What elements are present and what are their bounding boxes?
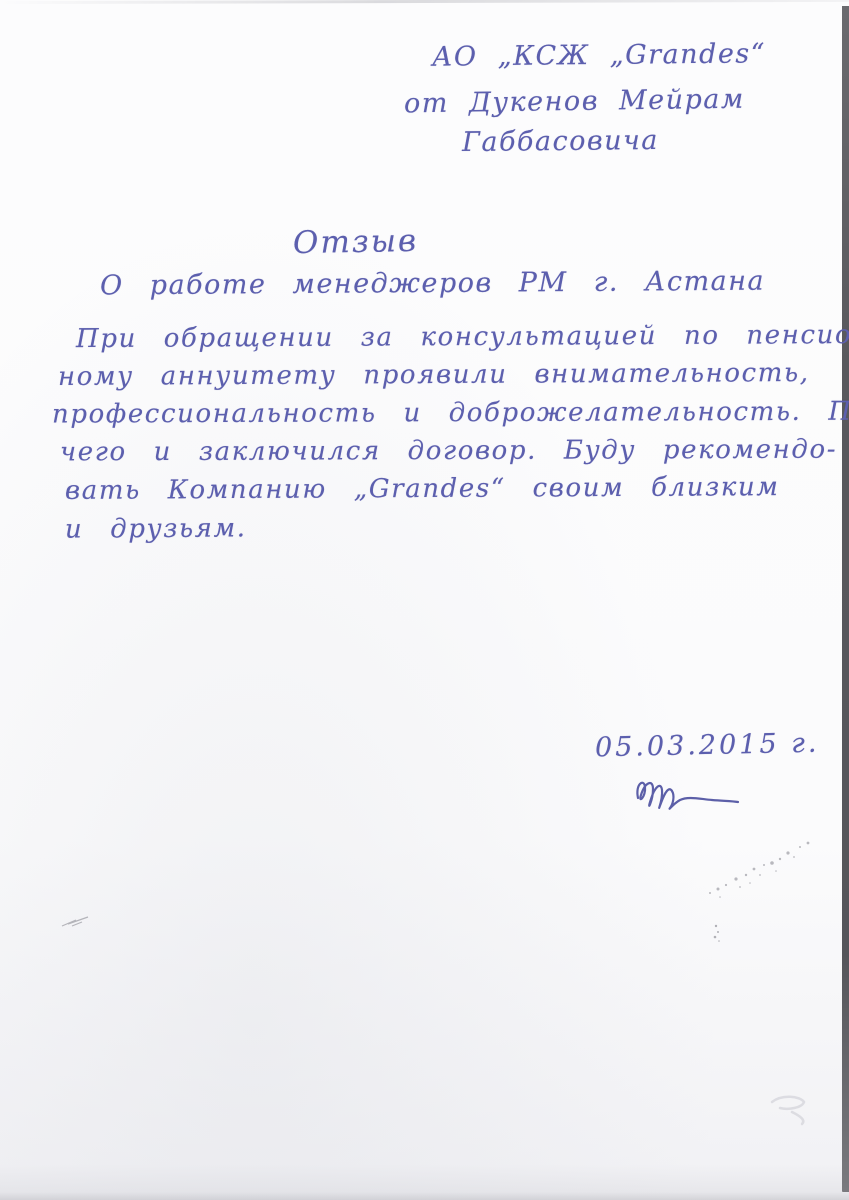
letter-title: Отзыв <box>293 223 419 261</box>
scan-edge-bottom <box>0 1192 849 1200</box>
body-line: профессиональность и доброжелательность.… <box>52 396 849 429</box>
pencil-mark <box>58 912 94 932</box>
recipient-patronymic-line: Габбасовича <box>462 125 659 158</box>
letter-subject: О работе менеджеров РМ г. Астана <box>100 266 765 302</box>
scan-smudge <box>690 835 820 915</box>
scanned-letter-page: { "document": { "type": "handwritten-let… <box>0 0 849 1200</box>
signature-scribble <box>628 768 748 820</box>
scan-smudge-faint <box>752 1090 822 1135</box>
body-line: и друзьям. <box>65 513 247 544</box>
recipient-company-line: АО „КСЖ „Grandes“ <box>432 38 766 72</box>
body-line: При обращении за консультацией по пенсио… <box>76 320 849 354</box>
letter-date: 05.03.2015 г. <box>595 728 820 764</box>
scan-speck <box>710 922 726 944</box>
body-line: ному аннуитету проявили внимательность, <box>58 358 810 392</box>
paper-background <box>0 0 849 1200</box>
body-line: чего и заключился договор. Буду рекоменд… <box>60 435 837 468</box>
recipient-from-line: от Дукенов Мейрам <box>404 84 745 120</box>
body-line: вать Компанию „Grandes“ своим близким <box>65 472 780 506</box>
scan-edge-right <box>842 6 849 1192</box>
